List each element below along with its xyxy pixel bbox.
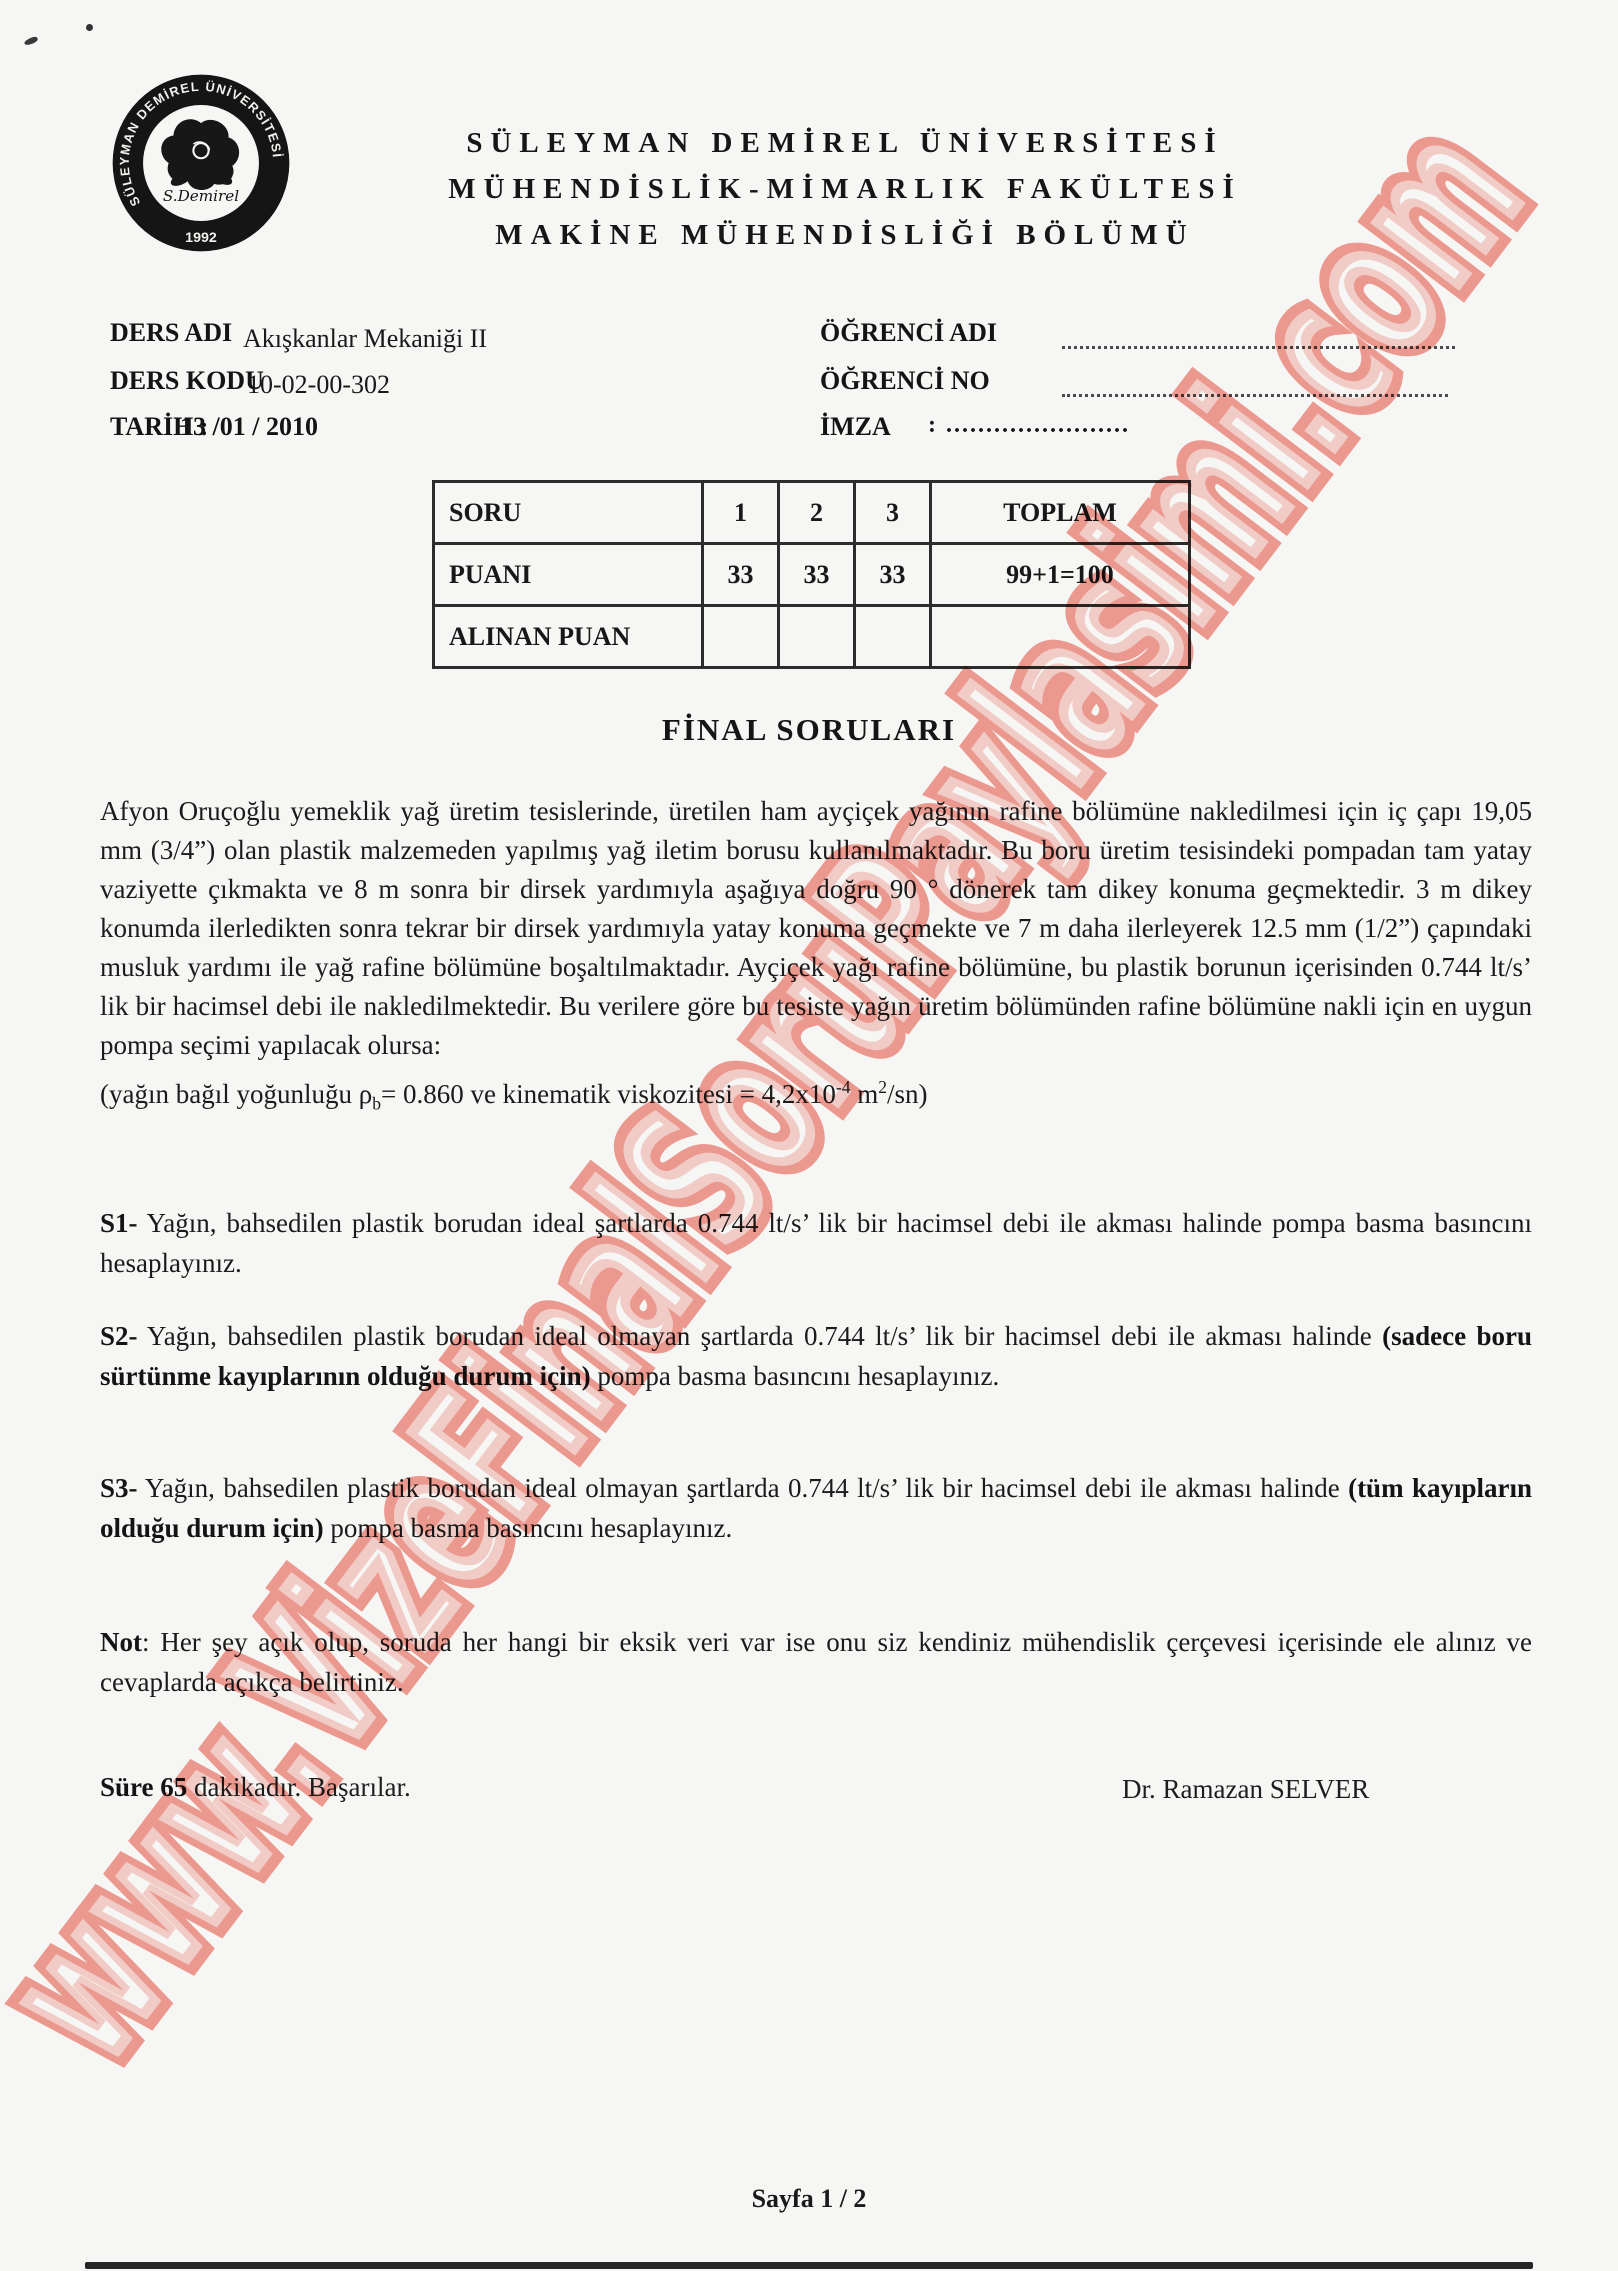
score-table-cell: ALINAN PUAN (434, 606, 703, 668)
score-table-cell: 33 (855, 544, 931, 606)
exam-title: FİNAL SORULARI (0, 712, 1618, 748)
question-text: Yağın, bahsedilen plastik borudan ideal … (138, 1473, 1349, 1503)
props-part: /sn) (887, 1079, 928, 1109)
instructor-name: Dr. Ramazan SELVER (1122, 1774, 1369, 1805)
signature-dots: : ....................... (928, 412, 1130, 439)
score-table-cell: SORU (434, 482, 703, 544)
note-text: : Her şey açık olup, soruda her hangi bi… (100, 1627, 1532, 1697)
intro-paragraph: Afyon Oruçoğlu yemeklik yağ üretim tesis… (100, 792, 1532, 1065)
header-university-name: SÜLEYMAN DEMİREL ÜNİVERSİTESİ (340, 120, 1350, 166)
question-label: S1- (100, 1208, 138, 1238)
question-text: pompa basma basıncını hesaplayınız. (324, 1513, 733, 1543)
props-exponent: 2 (878, 1077, 887, 1097)
duration-bold: Süre 65 (100, 1772, 187, 1802)
note-paragraph: Not: Her şey açık olup, soruda her hangi… (100, 1622, 1532, 1702)
student-no-line (1062, 394, 1448, 397)
props-exponent: -4 (836, 1077, 851, 1097)
score-table-cell (855, 606, 931, 668)
question-label: S2- (100, 1321, 138, 1351)
course-name-label: DERS ADI (110, 318, 232, 348)
scanned-exam-page: { "page": {"bg": "#f6f6f4", "ink": "#1e1… (0, 0, 1618, 2271)
duration-rest: dakikadır. Başarılar. (187, 1772, 410, 1802)
seal-signature: S.Demirel (163, 187, 239, 205)
score-table-cell: TOPLAM (931, 482, 1190, 544)
header-department-name: MAKİNE MÜHENDİSLİĞİ BÖLÜMÜ (340, 212, 1350, 258)
score-table-cell: PUANI (434, 544, 703, 606)
question-s2: S2- Yağın, bahsedilen plastik borudan id… (100, 1316, 1532, 1396)
page-number: Sayfa 1 / 2 (0, 2184, 1618, 2214)
score-table-cell: 99+1=100 (931, 544, 1190, 606)
props-part: = 0.860 ve kinematik viskozitesi = 4,2x1… (381, 1079, 836, 1109)
score-table: SORU 1 2 3 TOPLAM PUANI 33 33 33 99+1=10… (432, 480, 1191, 669)
scan-speck (86, 24, 93, 31)
score-table-cell: 1 (703, 482, 779, 544)
seal-year: 1992 (185, 230, 217, 246)
question-text: Yağın, bahsedilen plastik borudan ideal … (138, 1321, 1383, 1351)
student-name-label: ÖĞRENCİ ADI (820, 318, 997, 348)
props-part: (yağın bağıl yoğunluğu ρ (100, 1079, 372, 1109)
question-text: Yağın, bahsedilen plastik borudan ideal … (100, 1208, 1532, 1278)
score-table-cell (779, 606, 855, 668)
scan-edge-bar (85, 2262, 1533, 2269)
exam-date-value: 13 /01 / 2010 (180, 412, 318, 442)
score-table-cell: 3 (855, 482, 931, 544)
props-part: m (850, 1079, 878, 1109)
question-text: pompa basma basıncını hesaplayınız. (591, 1361, 1000, 1391)
intro-section: Afyon Oruçoğlu yemeklik yağ üretim tesis… (100, 792, 1532, 1123)
duration-line: Süre 65 dakikadır. Başarılar. (100, 1772, 411, 1803)
score-table-cell: 33 (703, 544, 779, 606)
question-s3: S3- Yağın, bahsedilen plastik borudan id… (100, 1468, 1532, 1548)
fluid-properties-line: (yağın bağıl yoğunluğu ρb= 0.860 ve kine… (100, 1068, 1532, 1123)
student-no-label: ÖĞRENCİ NO (820, 366, 990, 396)
course-code-label: DERS KODU (110, 366, 264, 396)
question-s1: S1- Yağın, bahsedilen plastik borudan id… (100, 1203, 1532, 1283)
header-faculty-name: MÜHENDİSLİK-MİMARLIK FAKÜLTESİ (340, 166, 1350, 212)
university-seal: SÜLEYMAN DEMİREL ÜNİVERSİTESİ S.Demirel … (106, 68, 296, 258)
letterhead: SÜLEYMAN DEMİREL ÜNİVERSİTESİ MÜHENDİSLİ… (340, 120, 1350, 258)
score-table-cell (703, 606, 779, 668)
score-table-cell (931, 606, 1190, 668)
student-name-line (1062, 346, 1455, 349)
score-table-cell: 2 (779, 482, 855, 544)
seal-graphic: SÜLEYMAN DEMİREL ÜNİVERSİTESİ S.Demirel … (106, 68, 296, 258)
signature-label: İMZA (820, 412, 891, 442)
score-table-row: ALINAN PUAN (434, 606, 1190, 668)
score-table-cell: 33 (779, 544, 855, 606)
score-table-row: PUANI 33 33 33 99+1=100 (434, 544, 1190, 606)
question-label: S3- (100, 1473, 138, 1503)
score-table-row: SORU 1 2 3 TOPLAM (434, 482, 1190, 544)
props-subscript: b (372, 1093, 381, 1113)
scan-speck (23, 36, 38, 46)
note-label: Not (100, 1627, 142, 1657)
course-name-value: Akışkanlar Mekaniği II (243, 324, 487, 354)
course-code-value: 10-02-00-302 (247, 370, 390, 400)
